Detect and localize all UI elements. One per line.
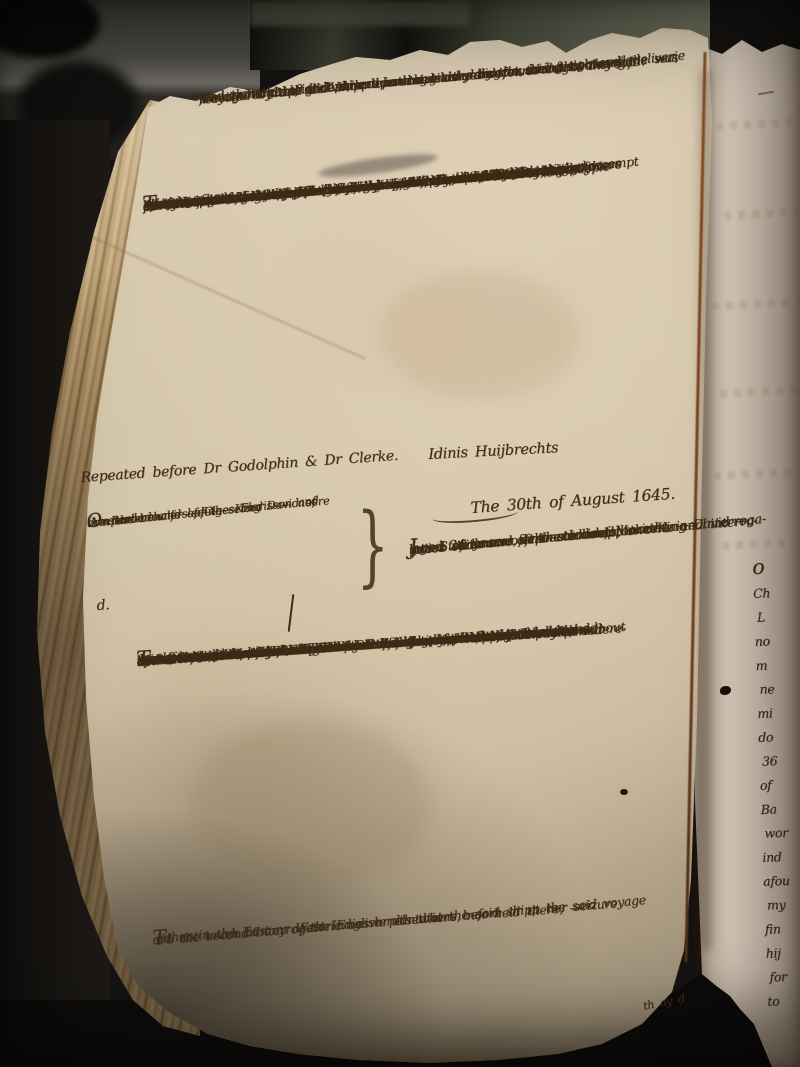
backdrop-green-band	[250, 0, 470, 26]
handwriting-line: Ch	[753, 584, 800, 601]
handwriting-line: wor	[764, 824, 800, 841]
handwriting-line: of	[760, 776, 800, 793]
handwriting-line: 36	[762, 752, 800, 769]
handwriting-line: no	[755, 632, 800, 649]
handwriting-line: Ba	[760, 800, 800, 817]
handwriting-line: for	[769, 968, 800, 985]
paper-stain	[190, 720, 430, 890]
handwriting-line: ind	[762, 848, 800, 865]
handwriting-line: my	[767, 896, 800, 913]
handwriting-line: do	[758, 728, 800, 745]
margin-brace: }	[357, 494, 389, 597]
handwriting-line: to	[767, 992, 800, 1009]
handwriting-line: afou	[763, 872, 800, 889]
handwriting-line: L	[757, 608, 800, 625]
handwriting-line: m	[755, 656, 800, 673]
paper-stain	[380, 270, 580, 400]
handwriting-line: mi	[757, 704, 800, 721]
handwriting-line: ne	[759, 680, 800, 697]
margin-mark: d.	[96, 597, 110, 614]
ink-fleck	[620, 789, 628, 795]
manuscript-photo: oChLnomnemido36ofBaworindafoumyfinhijfor…	[0, 0, 800, 1067]
handwriting-line: hij	[765, 944, 800, 961]
handwriting-line: fin	[765, 920, 800, 937]
handwriting-line: o	[752, 560, 800, 577]
